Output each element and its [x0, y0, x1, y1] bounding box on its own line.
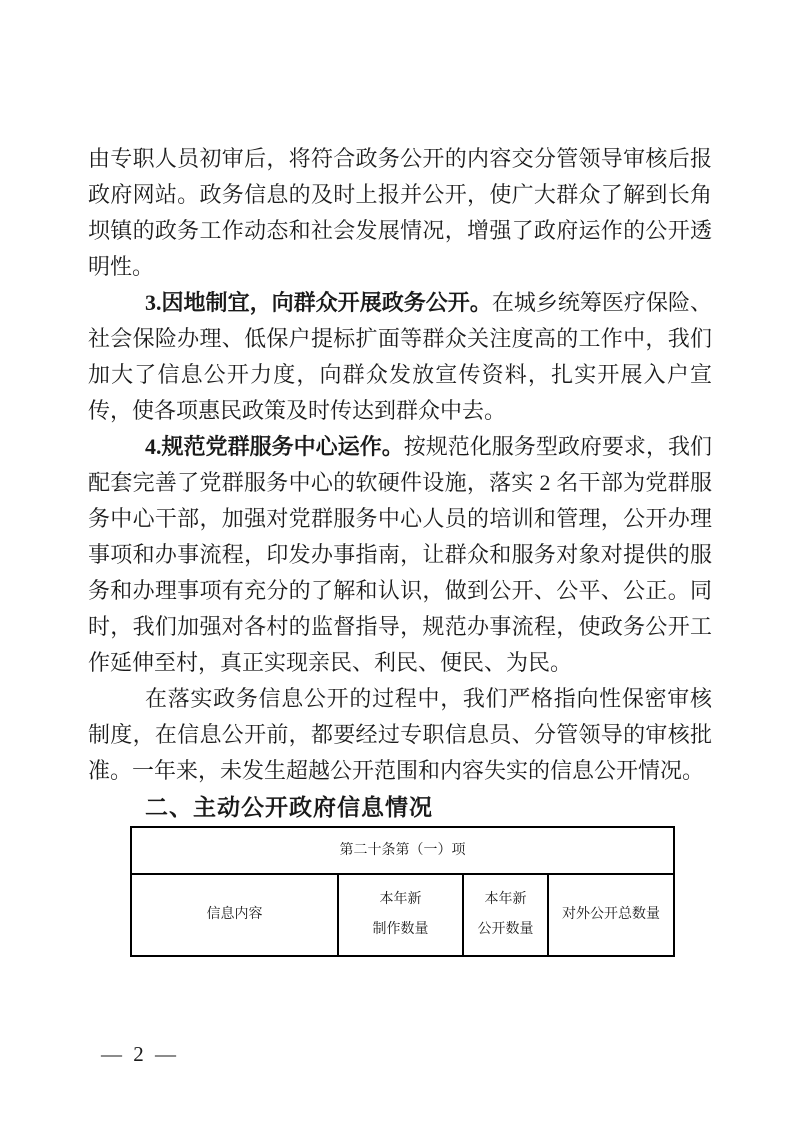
document-page: 由专职人员初审后，将符合政务公开的内容交分管领导审核后报政府网站。政务信息的及时… — [0, 0, 793, 1122]
table-title-row: 第二十条第（一）项 — [131, 827, 674, 874]
paragraph-item-3: 3.因地制宜，向群众开展政务公开。在城乡统筹医疗保险、社会保险办理、低保户提标扩… — [88, 285, 712, 429]
table-title-cell: 第二十条第（一）项 — [131, 827, 674, 874]
paragraph-item-4: 4.规范党群服务中心运作。按规范化服务型政府要求，我们配套完善了党群服务中心的软… — [88, 429, 712, 681]
paragraph-text: 按规范化服务型政府要求，我们配套完善了党群服务中心的软硬件设施，落实 2 名干部… — [88, 434, 712, 675]
header-line: 公开数量 — [464, 915, 547, 945]
table-header-new-open: 本年新 公开数量 — [463, 874, 548, 956]
paragraph-bold-lead: 4.规范党群服务中心运作。 — [145, 434, 404, 459]
table-header-total-open: 对外公开总数量 — [548, 874, 674, 956]
table-header-info-content: 信息内容 — [131, 874, 338, 956]
paragraph-bold-lead: 3.因地制宜，向群众开展政务公开。 — [145, 290, 492, 315]
paragraph-review: 在落实政务信息公开的过程中，我们严格指向性保密审核制度，在信息公开前，都要经过专… — [88, 681, 712, 789]
header-line: 制作数量 — [339, 915, 462, 945]
page-number: — 2 — — [101, 1042, 179, 1066]
table-header-new-made: 本年新 制作数量 — [338, 874, 463, 956]
paragraph-continuation: 由专职人员初审后，将符合政务公开的内容交分管领导审核后报政府网站。政务信息的及时… — [88, 141, 712, 285]
info-disclosure-table: 第二十条第（一）项 信息内容 本年新 制作数量 本年新 公开数量 对外公开总数量 — [130, 826, 675, 957]
section-heading: 二、主动公开政府信息情况 — [88, 789, 712, 825]
document-body: 由专职人员初审后，将符合政务公开的内容交分管领导审核后报政府网站。政务信息的及时… — [88, 141, 712, 957]
header-line: 本年新 — [339, 885, 462, 915]
header-line: 本年新 — [464, 885, 547, 915]
table-header-row: 信息内容 本年新 制作数量 本年新 公开数量 对外公开总数量 — [131, 874, 674, 956]
